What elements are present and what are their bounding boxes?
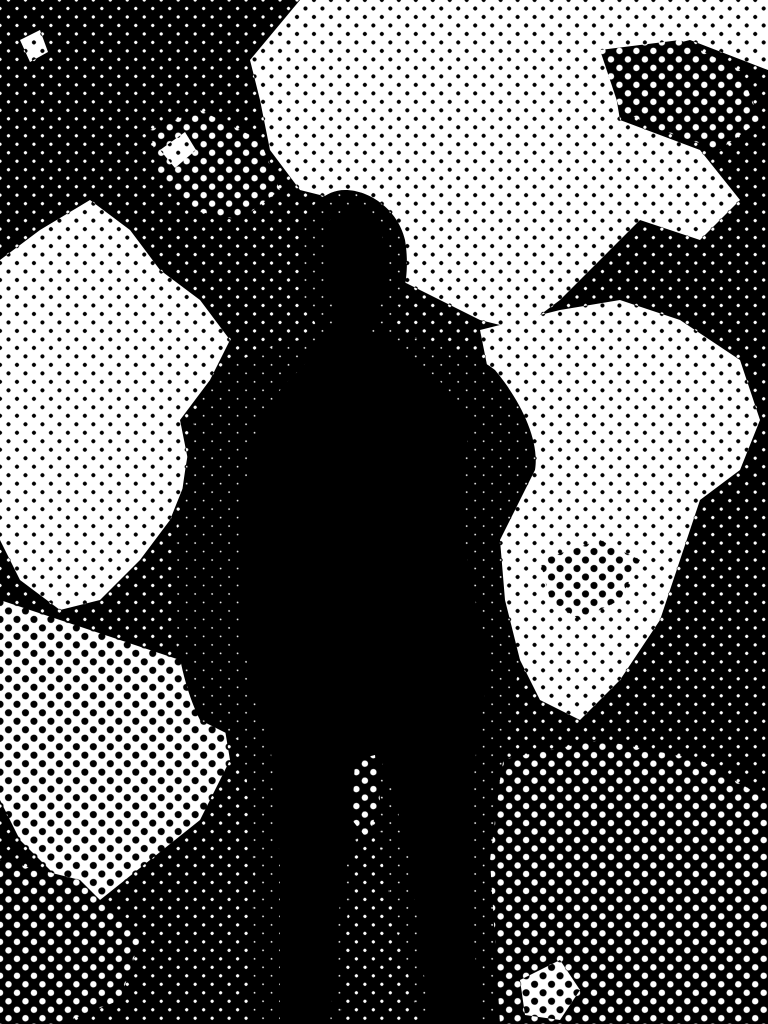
mid-patch-right-bottom <box>470 740 768 1024</box>
halftone-canvas <box>0 0 768 1024</box>
halftone-photo: Halftone black-and-white photograph of a… <box>0 0 768 1024</box>
